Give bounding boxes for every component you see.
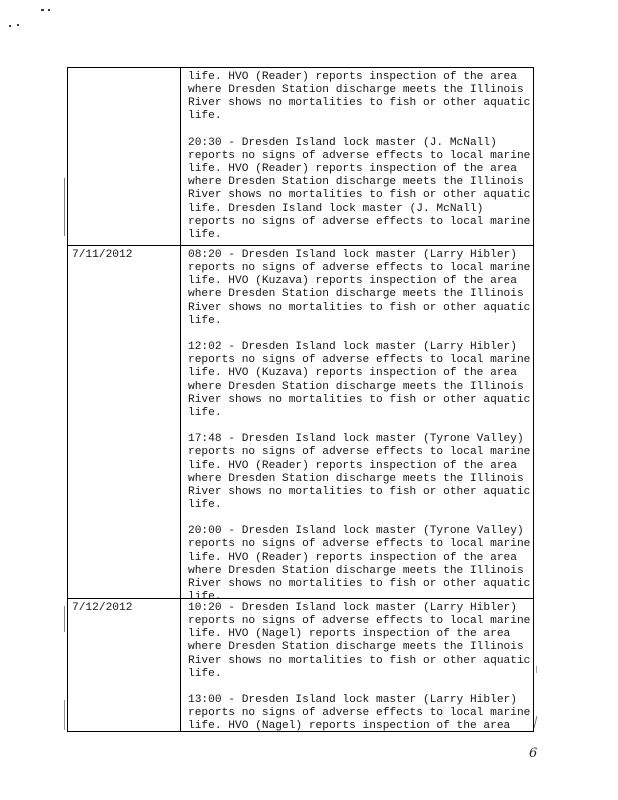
entries-cell: 08:20 - Dresden Island lock master (Larr… (181, 246, 533, 598)
log-table: life. HVO (Reader) reports inspection of… (67, 67, 534, 732)
entries-cell: life. HVO (Reader) reports inspection of… (181, 68, 533, 245)
table-row: 7/11/2012 08:20 - Dresden Island lock ma… (68, 245, 533, 598)
scan-artifact-edge (64, 606, 65, 632)
scan-artifact-dot (17, 24, 19, 26)
date-cell: 7/11/2012 (68, 246, 181, 598)
scanned-document-page: life. HVO (Reader) reports inspection of… (0, 0, 618, 800)
entries-cell: 10:20 - Dresden Island lock master (Larr… (181, 599, 533, 731)
page-number: 6 (529, 746, 537, 761)
table-row: 7/12/2012 10:20 - Dresden Island lock ma… (68, 598, 533, 731)
date-cell: 7/12/2012 (68, 599, 181, 731)
scan-artifact-dot (48, 9, 50, 11)
date-cell (68, 68, 181, 245)
scan-artifact-edge (64, 700, 65, 730)
table-row: life. HVO (Reader) reports inspection of… (68, 68, 533, 245)
scan-artifact-tick (536, 666, 537, 673)
scan-artifact-dot (9, 25, 11, 27)
scan-artifact-tick (534, 716, 538, 728)
scan-artifact-edge (64, 178, 65, 236)
scan-artifact-dot (41, 9, 44, 11)
